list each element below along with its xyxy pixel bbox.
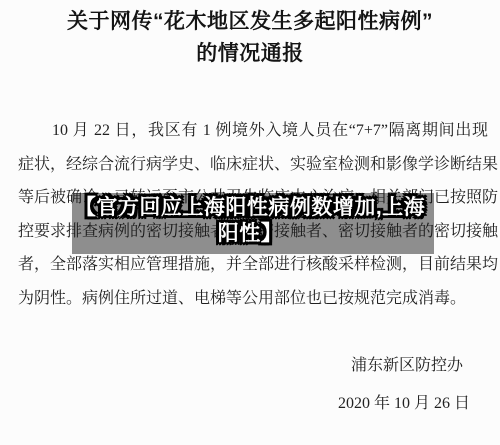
notice-signature: 浦东新区防控办 (351, 352, 463, 375)
notice-body-line-2: 症状，经综合流行病学史、临床症状、实验室检测和影像学诊断结果 (18, 148, 488, 182)
caption-line1: 【官方回应上海阳性病例数增加,上海 (0, 195, 500, 221)
notice-title: 关于网传“花木地区发生多起阳性病例” 的情况通报 (0, 6, 500, 70)
caption-line2: 阳性】 (0, 221, 500, 247)
notice-body-line-1: 10 月 22 日，我区有 1 例境外入境人员在“7+7”隔离期间出现 (18, 114, 488, 148)
caption-overlay-text: 【官方回应上海阳性病例数增加,上海 阳性】 (0, 195, 500, 247)
notice-title-line2: 的情况通报 (0, 38, 500, 70)
notice-screenshot-root: 关于网传“花木地区发生多起阳性病例” 的情况通报 10 月 22 日，我区有 1… (0, 0, 500, 445)
notice-body-line-6: 为阴性。病例住所过道、电梯等公用部位也已按规范完成消毒。 (18, 282, 488, 316)
notice-title-line1: 关于网传“花木地区发生多起阳性病例” (0, 6, 500, 38)
notice-date: 2020 年 10 月 26 日 (338, 390, 470, 413)
